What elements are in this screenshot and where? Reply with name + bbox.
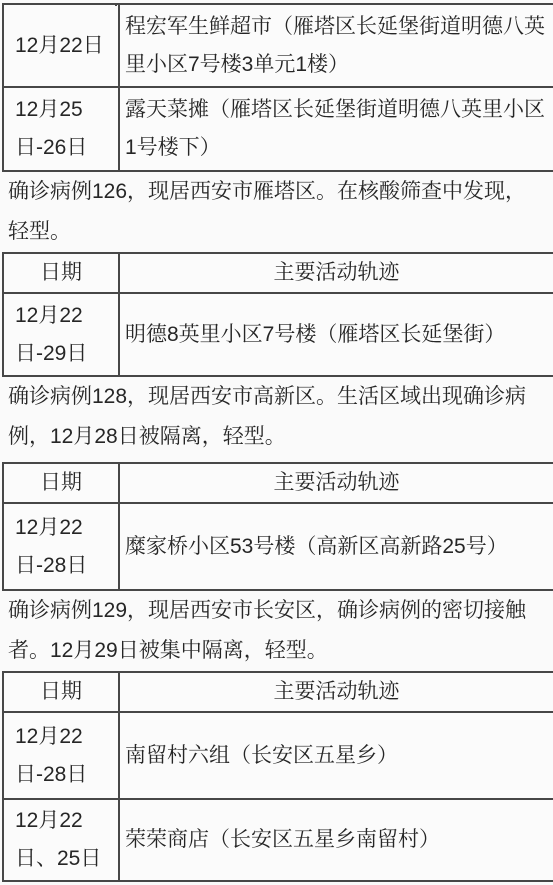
date-column-header: 日期	[4, 464, 120, 502]
table-header-row: 日期 主要活动轨迹	[4, 254, 553, 294]
epidemic-notice-page: 12月22日 程宏军生鲜超市（雁塔区长延堡街道明德八英里小区7号楼3单元1楼） …	[0, 3, 553, 885]
case129-activity-table: 日期 主要活动轨迹 12月22日-28日 南留村六组（长安区五星乡） 12月22…	[2, 671, 553, 882]
case126-summary-paragraph: 确诊病例126，现居西安市雁塔区。在核酸筛查中发现，轻型。	[0, 172, 553, 252]
activity-cell: 露天菜摊（雁塔区长延堡街道明德八英里小区1号楼下）	[120, 88, 553, 170]
date-cell: 12月22日-29日	[4, 294, 120, 375]
table-row: 12月22日-28日 南留村六组（长安区五星乡）	[4, 713, 553, 800]
case128-summary-paragraph: 确诊病例128，现居西安市高新区。生活区域出现确诊病例，12月28日被隔离，轻型…	[0, 377, 553, 457]
case125-activity-table: 12月22日 程宏军生鲜超市（雁塔区长延堡街道明德八英里小区7号楼3单元1楼） …	[2, 3, 553, 172]
date-cell: 12月22日	[4, 5, 120, 86]
activity-cell: 荣荣商店（长安区五星乡南留村）	[120, 800, 553, 880]
activity-cell: 程宏军生鲜超市（雁塔区长延堡街道明德八英里小区7号楼3单元1楼）	[120, 5, 553, 86]
date-column-header: 日期	[4, 673, 120, 711]
activity-column-header: 主要活动轨迹	[120, 464, 553, 502]
activity-column-header: 主要活动轨迹	[120, 254, 553, 292]
table-header-row: 日期 主要活动轨迹	[4, 673, 553, 713]
table-row: 12月22日 程宏军生鲜超市（雁塔区长延堡街道明德八英里小区7号楼3单元1楼）	[4, 5, 553, 88]
table-header-row: 日期 主要活动轨迹	[4, 464, 553, 504]
activity-column-header: 主要活动轨迹	[120, 673, 553, 711]
date-column-header: 日期	[4, 254, 120, 292]
date-cell: 12月22日-28日	[4, 504, 120, 589]
cropped-table-divider	[115, 3, 117, 6]
activity-cell: 明德8英里小区7号楼（雁塔区长延堡街）	[120, 294, 553, 375]
date-cell: 12月22日-28日	[4, 713, 120, 798]
table-row: 12月22日-28日 糜家桥小区53号楼（高新区高新路25号）	[4, 504, 553, 589]
date-cell: 12月25日-26日	[4, 88, 120, 170]
table-row: 12月25日-26日 露天菜摊（雁塔区长延堡街道明德八英里小区1号楼下）	[4, 88, 553, 170]
activity-cell: 糜家桥小区53号楼（高新区高新路25号）	[120, 504, 553, 589]
date-cell: 12月22日、25日	[4, 800, 120, 880]
table-row: 12月22日、25日 荣荣商店（长安区五星乡南留村）	[4, 800, 553, 880]
case126-activity-table: 日期 主要活动轨迹 12月22日-29日 明德8英里小区7号楼（雁塔区长延堡街）	[2, 252, 553, 377]
case129-summary-paragraph: 确诊病例129，现居西安市长安区，确诊病例的密切接触者。12月29日被集中隔离，…	[0, 591, 553, 671]
case128-activity-table: 日期 主要活动轨迹 12月22日-28日 糜家桥小区53号楼（高新区高新路25号…	[2, 462, 553, 591]
table-row: 12月22日-29日 明德8英里小区7号楼（雁塔区长延堡街）	[4, 294, 553, 375]
activity-cell: 南留村六组（长安区五星乡）	[120, 713, 553, 798]
